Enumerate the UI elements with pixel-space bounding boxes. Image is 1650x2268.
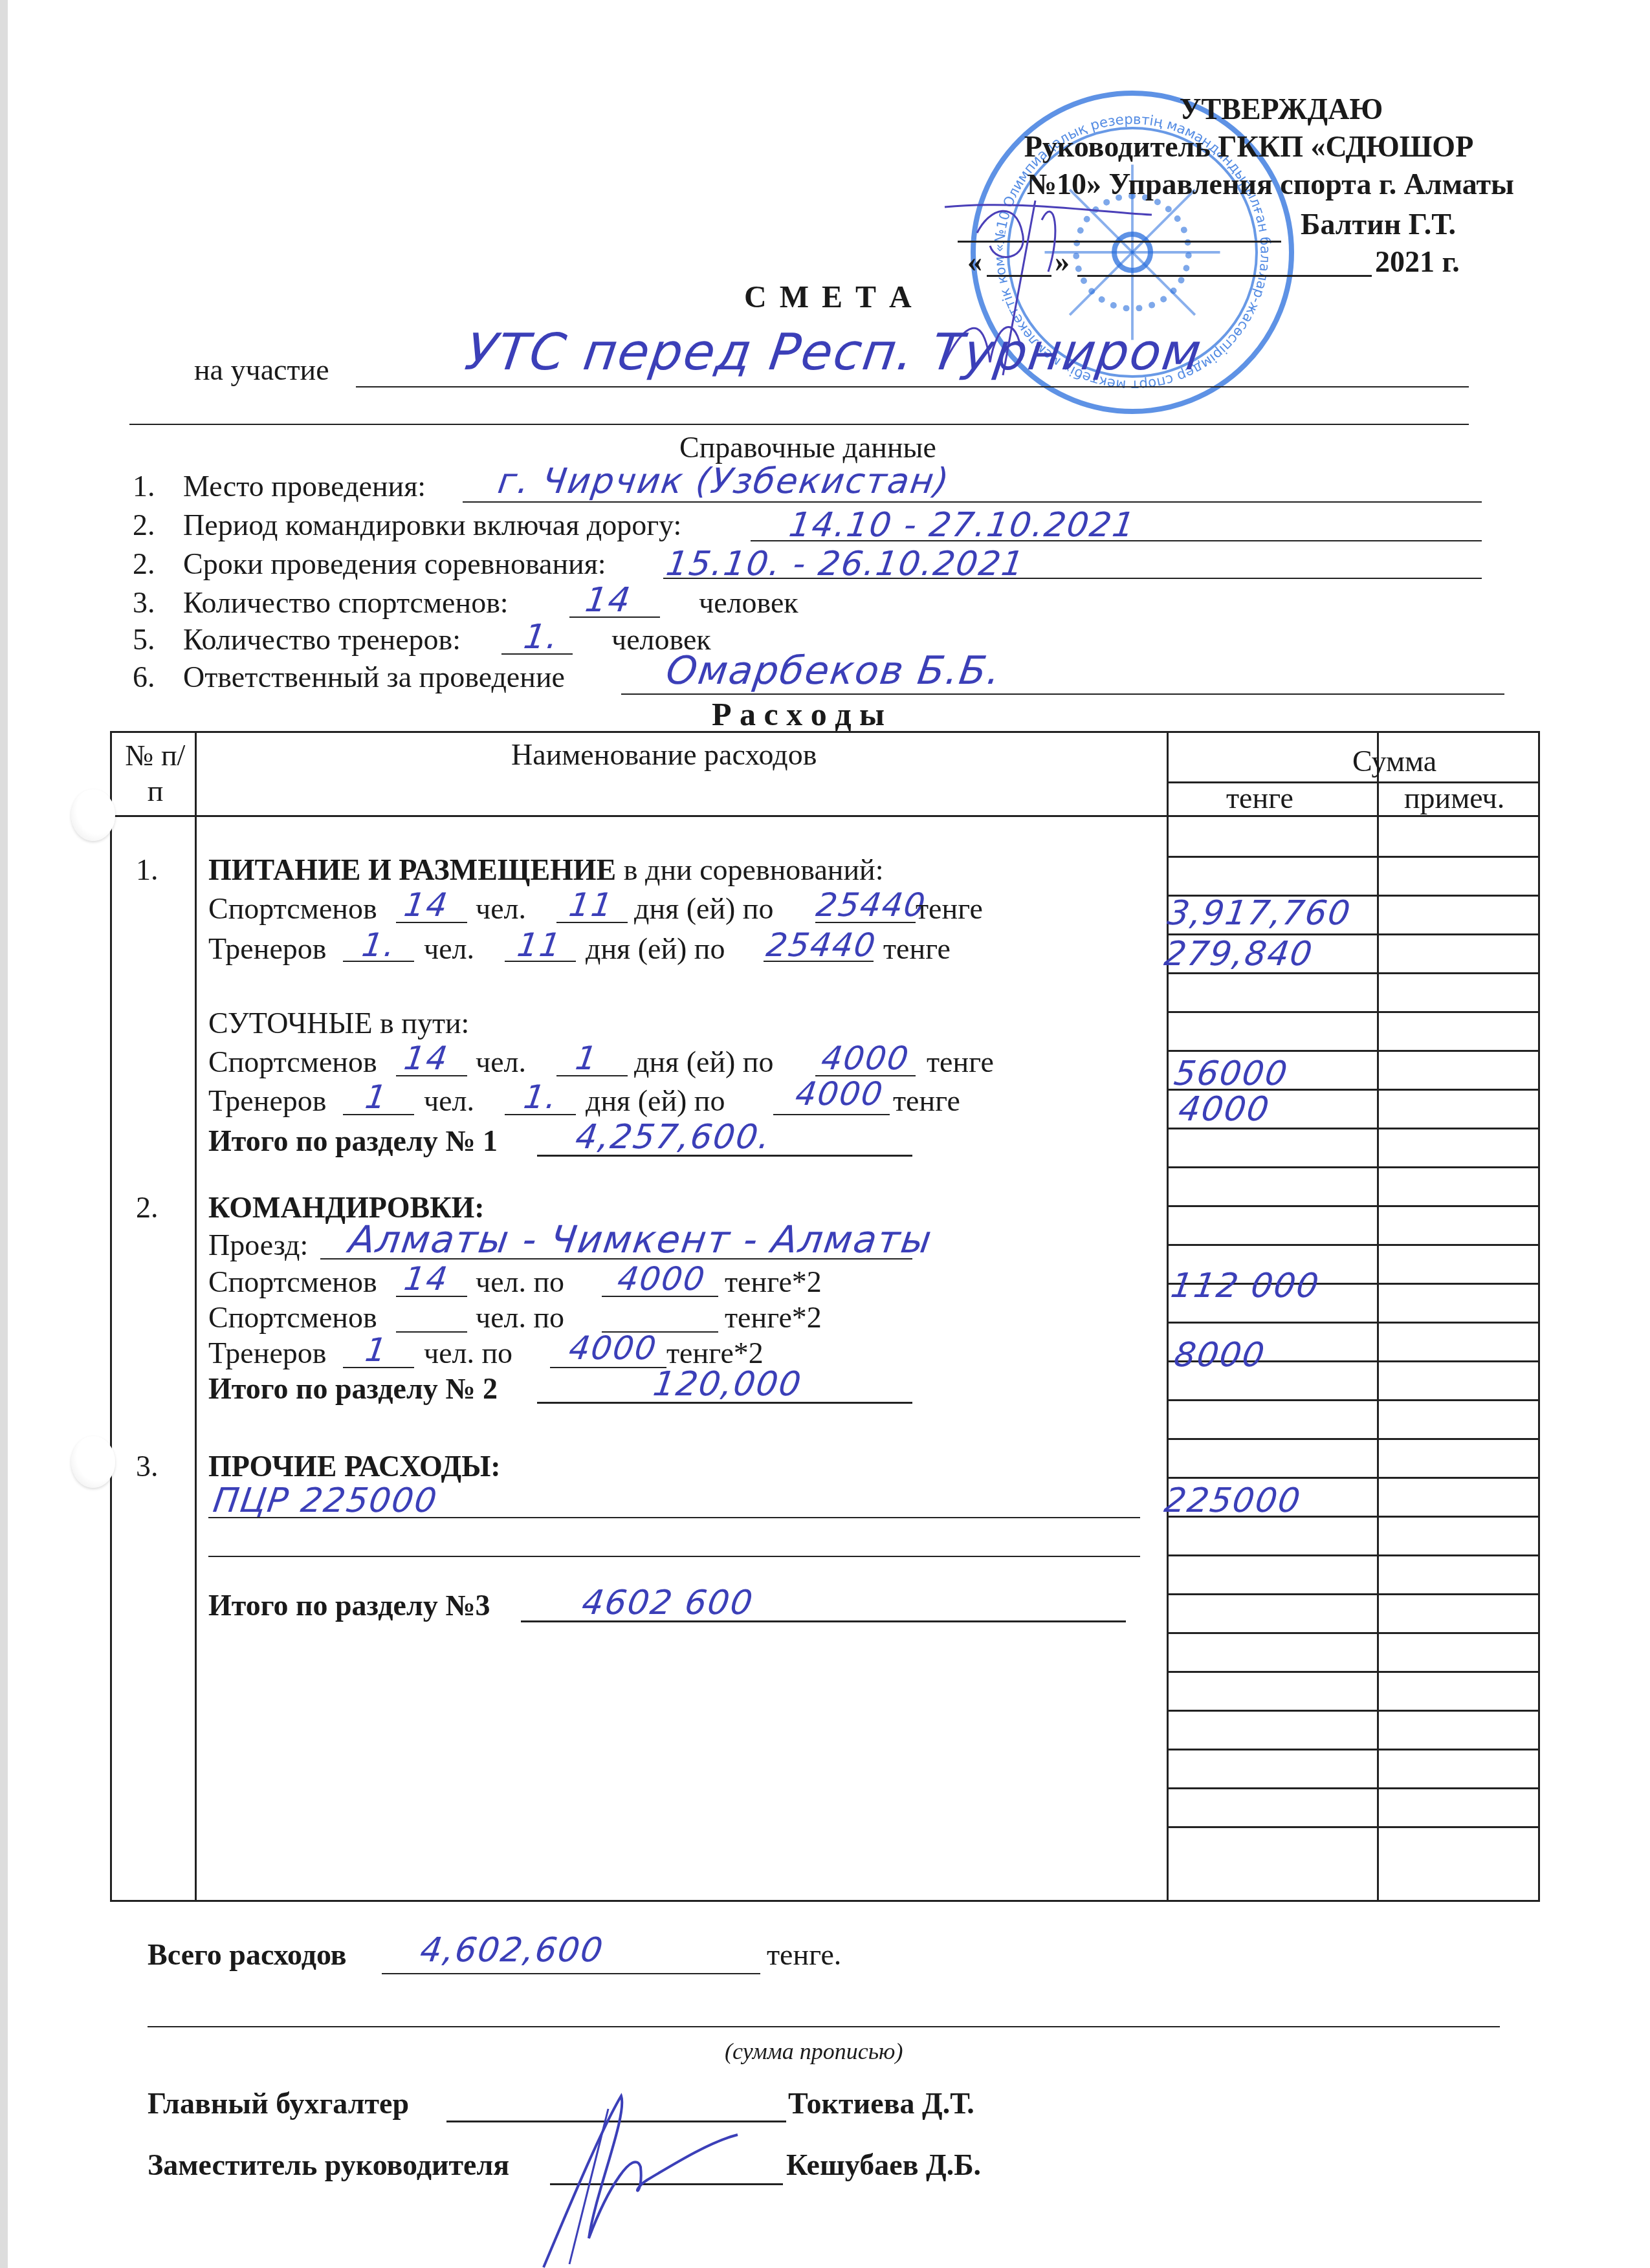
- participation-line: [356, 386, 1469, 387]
- s1-sub1-unit3: тенге: [927, 1045, 994, 1079]
- approval-signer: Балтин Г.Т.: [1301, 207, 1456, 241]
- s2-line3-rate[interactable]: 4000: [567, 1329, 659, 1367]
- s3-other-line-1: [208, 1517, 1140, 1518]
- section-1-title: ПИТАНИЕ И РАЗМЕЩЕНИЕ в дни соревнований:: [208, 853, 884, 887]
- sum-row-line: [1167, 1011, 1538, 1013]
- sum-row-line: [1167, 1710, 1538, 1712]
- sum-row-line: [1167, 1749, 1538, 1750]
- ref-value-athletes[interactable]: 14: [583, 581, 634, 620]
- hole-punch-top: [71, 789, 115, 841]
- ref-value-period[interactable]: 14.10 - 27.10.2021: [787, 506, 1138, 545]
- s1-line1-unit2: дня (ей) по: [634, 891, 773, 926]
- approval-year: 2021 г.: [1375, 245, 1460, 279]
- sum-row-line: [1167, 1166, 1538, 1168]
- sum-row-line: [1167, 1671, 1538, 1673]
- participation-value[interactable]: УТС перед Респ. Турниром: [462, 323, 1206, 382]
- grand-total-line: [382, 1973, 760, 1974]
- amount-s1-sub-coaches[interactable]: 4000: [1176, 1090, 1273, 1129]
- sum-row-line: [1167, 856, 1538, 858]
- participation-line-2: [129, 424, 1469, 425]
- ref-num-5: 5.: [133, 622, 155, 657]
- expenses-heading: Р а с х о д ы: [712, 695, 885, 733]
- grand-total-unit: тенге.: [767, 1937, 841, 1972]
- s1-line2-days[interactable]: 11: [515, 926, 564, 964]
- sum-row-line: [1167, 1322, 1538, 1324]
- sum-row-line: [1167, 1632, 1538, 1634]
- words-caption: (сумма прописью): [725, 2038, 903, 2065]
- s1-sub2-rate-blank: [773, 1114, 890, 1115]
- s3-other-line-2: [208, 1556, 1140, 1557]
- s1-sub1-unit2: дня (ей) по: [634, 1045, 773, 1079]
- s2-line1-unit3: тенге*2: [725, 1265, 822, 1299]
- ref-value-dates[interactable]: 15.10. - 26.10.2021: [664, 545, 1027, 583]
- s2-line3-rate-blank: [550, 1367, 666, 1368]
- sum-row-line: [1167, 1787, 1538, 1789]
- ref-num-4: 3.: [133, 585, 155, 620]
- s1-line2-unit1: чел.: [424, 932, 474, 966]
- words-line: [148, 2026, 1500, 2027]
- s1-sub2-rate[interactable]: 4000: [793, 1075, 886, 1113]
- s1-sub1-rate[interactable]: 4000: [819, 1040, 912, 1077]
- s2-line2-who: Спортсменов: [208, 1300, 377, 1335]
- col-divider-num: [195, 733, 197, 1900]
- s2-line3-who: Тренеров: [208, 1336, 327, 1370]
- approval-date-open: «: [967, 245, 982, 279]
- s2-line3-unit1: чел. по: [424, 1336, 512, 1370]
- ref-num-3: 2.: [133, 547, 155, 581]
- s1-sub1-unit1: чел.: [476, 1045, 526, 1079]
- s1-sub2-days[interactable]: 1.: [522, 1078, 560, 1116]
- s1-line2-people[interactable]: 1.: [360, 926, 399, 964]
- page-edge: [0, 0, 8, 2268]
- s1-line1-unit1: чел.: [476, 891, 526, 926]
- ref-label-coaches: Количество тренеров:: [183, 622, 461, 657]
- sum-row-line: [1167, 1244, 1538, 1246]
- s3-total-label: Итого по разделу №3: [208, 1588, 490, 1622]
- s3-total-value[interactable]: 4602 600: [580, 1584, 756, 1622]
- ref-label-period: Период командировки включая дорогу:: [183, 508, 681, 542]
- section-1-title-rest: в дни соревнований:: [616, 853, 883, 886]
- s2-line1-who: Спортсменов: [208, 1265, 377, 1299]
- s2-route-label: Проезд:: [208, 1228, 308, 1262]
- amount-s1-athletes[interactable]: 3,917,760: [1165, 894, 1354, 933]
- approval-date-close: »: [1055, 245, 1070, 279]
- col-header-note: примеч.: [1404, 781, 1504, 815]
- s2-total-value[interactable]: 120,000: [651, 1365, 804, 1404]
- s2-line1-rate[interactable]: 4000: [615, 1260, 708, 1298]
- s1-line1-people[interactable]: 14: [402, 886, 451, 924]
- s1-total-value[interactable]: 4,257,600.: [573, 1118, 774, 1157]
- s1-sub2-unit2: дня (ей) по: [586, 1084, 725, 1118]
- s2-line2-unit3: тенге*2: [725, 1300, 822, 1335]
- amount-s1-sub-athletes[interactable]: 56000: [1172, 1054, 1291, 1093]
- s2-route-value[interactable]: Алматы - Чимкент - Алматы: [346, 1217, 935, 1261]
- grand-total-value[interactable]: 4,602,600: [418, 1931, 606, 1970]
- approval-block: УТВЕРЖДАЮ Руководитель ГККП «СДЮШОР №10»…: [945, 91, 1514, 203]
- sum-row-line: [1167, 1477, 1538, 1479]
- hole-punch-bottom: [71, 1436, 115, 1488]
- section-1-title-bold: ПИТАНИЕ И РАЗМЕЩЕНИЕ: [208, 853, 616, 886]
- approval-day-line: [987, 275, 1051, 277]
- col-header-tenge: тенге: [1226, 781, 1293, 815]
- section-3-num: 3.: [136, 1449, 159, 1483]
- s1-sub-title: СУТОЧНЫЕ в пути:: [208, 1006, 469, 1040]
- ref-num-2: 2.: [133, 508, 155, 542]
- col-header-name: Наименование расходов: [511, 737, 817, 772]
- section-1-num: 1.: [136, 853, 159, 887]
- amount-s1-coaches[interactable]: 279,840: [1162, 935, 1315, 974]
- s1-line1-who: Спортсменов: [208, 891, 377, 926]
- ref-line-venue: [463, 501, 1482, 503]
- ref-value-responsible[interactable]: Омарбеков Б.Б.: [663, 648, 1004, 693]
- s1-sub1-people[interactable]: 14: [402, 1040, 451, 1077]
- s2-total-label: Итого по разделу № 2: [208, 1371, 498, 1406]
- document-title: С М Е Т А: [744, 279, 914, 315]
- chief-accountant-name: Токтиева Д.Т.: [788, 2086, 974, 2121]
- s1-sub2-unit1: чел.: [424, 1084, 474, 1118]
- s1-sub2-who: Тренеров: [208, 1084, 327, 1118]
- deputy-name: Кешубаев Д.Б.: [786, 2148, 981, 2182]
- sum-row-line: [1167, 1399, 1538, 1401]
- s2-line2-people-blank: [396, 1331, 467, 1333]
- approval-line1: Руководитель ГККП «СДЮШОР: [945, 128, 1514, 166]
- s2-line1-people[interactable]: 14: [402, 1260, 451, 1298]
- ref-label-venue: Место проведения:: [183, 469, 426, 503]
- s1-line2-who: Тренеров: [208, 932, 327, 966]
- s1-line1-days[interactable]: 11: [567, 886, 616, 924]
- s1-line1-unit3: тенге: [916, 891, 983, 926]
- ref-label-athletes: Количество спортсменов:: [183, 585, 509, 620]
- s1-sub1-who: Спортсменов: [208, 1045, 377, 1079]
- sum-row-line: [1167, 1050, 1538, 1052]
- s1-line2-rate[interactable]: 25440: [764, 926, 879, 964]
- s1-line2-unit3: тенге: [883, 932, 951, 966]
- col-header-sum: Сумма: [1352, 744, 1436, 778]
- participation-label: на участие: [194, 353, 329, 387]
- approval-month-line: [1077, 275, 1372, 277]
- sum-row-line: [1167, 1826, 1538, 1828]
- ref-value-coaches[interactable]: 1.: [522, 618, 562, 657]
- section-2-num: 2.: [136, 1190, 159, 1225]
- ref-label-dates: Сроки проведения соревнования:: [183, 547, 606, 581]
- ref-label-responsible: Ответственный за проведение: [183, 660, 565, 694]
- s1-line1-rate[interactable]: 25440: [814, 886, 929, 924]
- ref-line-responsible: [621, 693, 1504, 695]
- handwritten-signature: [531, 2089, 802, 2268]
- header-bottom: [112, 815, 1538, 817]
- ref-value-venue[interactable]: г. Чирчик (Узбекистан): [496, 461, 952, 501]
- chief-accountant-role: Главный бухгалтер: [148, 2086, 409, 2121]
- s3-other-line[interactable]: ПЦР 225000: [211, 1481, 440, 1520]
- col-divider-note: [1377, 733, 1379, 1900]
- sum-row-line: [1167, 1438, 1538, 1440]
- section-3-title: ПРОЧИЕ РАСХОДЫ:: [208, 1449, 501, 1483]
- amount-s2-coaches[interactable]: 8000: [1172, 1336, 1268, 1375]
- approval-heading: УТВЕРЖДАЮ: [945, 91, 1514, 128]
- deputy-role: Заместитель руководителя: [148, 2148, 509, 2182]
- s2-line1-unit1: чел. по: [476, 1265, 564, 1299]
- s2-line2-unit1: чел. по: [476, 1300, 564, 1335]
- ref-suffix-athletes: человек: [699, 585, 798, 620]
- grand-total-label: Всего расходов: [148, 1937, 347, 1972]
- s1-line2-unit2: дня (ей) по: [586, 932, 725, 966]
- s1-total-label: Итого по разделу № 1: [208, 1124, 498, 1158]
- reference-heading: Справочные данные: [679, 430, 936, 464]
- amount-s2-athletes[interactable]: 112 000: [1169, 1267, 1322, 1305]
- amount-s3-other[interactable]: 225000: [1162, 1481, 1304, 1520]
- sum-row-line: [1167, 1205, 1538, 1207]
- ref-num-6: 6.: [133, 660, 155, 694]
- col-header-num: № п/п: [123, 737, 188, 809]
- s1-sub2-unit3: тенге: [893, 1084, 960, 1118]
- ref-num-1: 1.: [133, 469, 155, 503]
- sum-row-line: [1167, 1593, 1538, 1595]
- sum-row-line: [1167, 1554, 1538, 1556]
